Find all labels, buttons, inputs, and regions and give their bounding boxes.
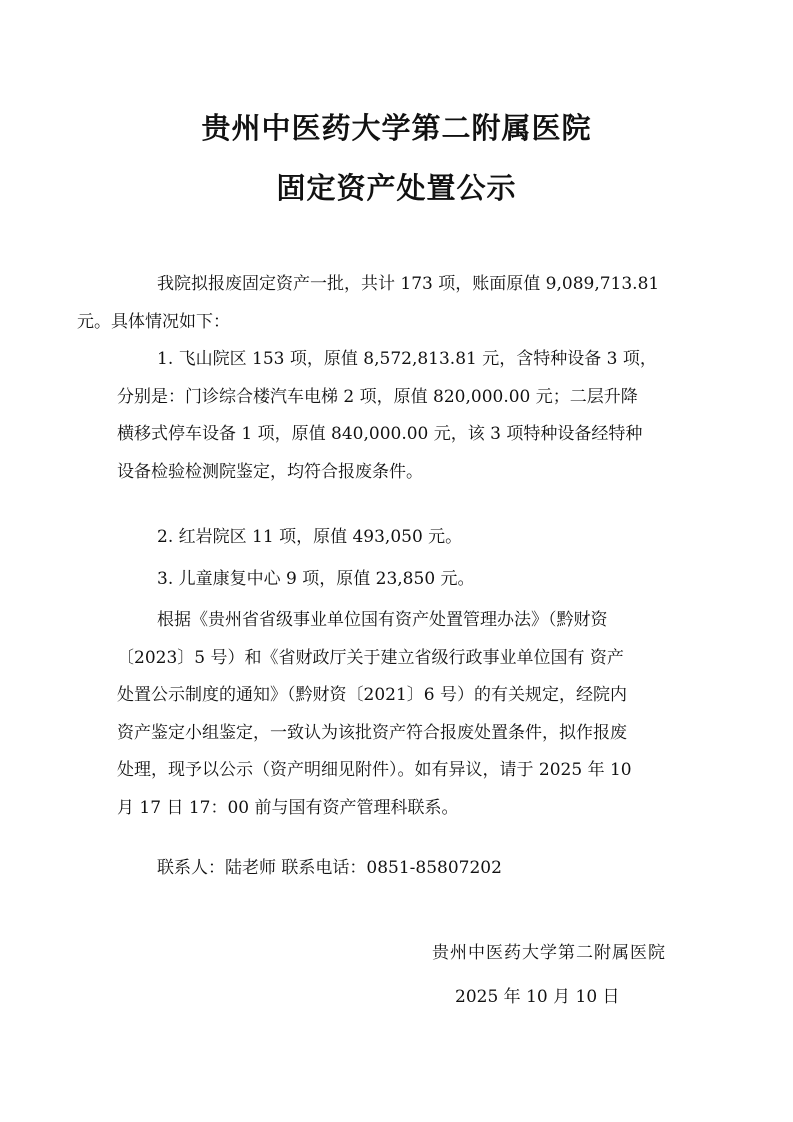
item-2-paragraph: 2. 红岩院区 11 项，原值 493,050 元。 xyxy=(117,519,677,557)
document-title: 贵州中医药大学第二附属医院 xyxy=(0,106,793,147)
signature-organization: 贵州中医药大学第二附属医院 xyxy=(432,938,666,963)
legal-basis-paragraph: 根据《贵州省省级事业单位国有资产处置管理办法》（黔财资 〔2023〕5 号）和《… xyxy=(117,602,677,828)
text-line: 处置公示制度的通知》（黔财资〔2021〕6 号）的有关规定，经院内 xyxy=(117,677,677,715)
text-line: 横移式停车设备 1 项，原值 840,000.00 元，该 3 项特种设备经特种 xyxy=(117,416,677,454)
item-3-paragraph: 3. 儿童康复中心 9 项，原值 23,850 元。 xyxy=(117,561,677,599)
contact-line: 联系人：陆老师 联系电话：0851-85807202 xyxy=(117,850,677,888)
intro-paragraph: 我院拟报废固定资产一批，共计 173 项，账面原值 9,089,713.81 元… xyxy=(117,266,677,341)
text-line: 〔2023〕5 号）和《省财政厅关于建立省级行政事业单位国有 资产 xyxy=(117,640,677,678)
contact-paragraph: 联系人：陆老师 联系电话：0851-85807202 xyxy=(117,850,677,888)
text-line: 处理，现予以公示（资产明细见附件）。如有异议，请于 2025 年 10 xyxy=(117,752,677,790)
text-line: 根据《贵州省省级事业单位国有资产处置管理办法》（黔财资 xyxy=(117,602,677,640)
text-line: 1. 飞山院区 153 项，原值 8,572,813.81 元，含特种设备 3 … xyxy=(117,341,677,379)
text-line: 我院拟报废固定资产一批，共计 173 项，账面原值 9,089,713.81 xyxy=(117,266,677,304)
document-body: 我院拟报废固定资产一批，共计 173 项，账面原值 9,089,713.81 元… xyxy=(117,266,677,341)
text-line: 设备检验检测院鉴定，均符合报废条件。 xyxy=(117,454,677,492)
text-line: 月 17 日 17：00 前与国有资产管理科联系。 xyxy=(117,790,677,828)
text-line: 资产鉴定小组鉴定，一致认为该批资产符合报废处置条件，拟作报废 xyxy=(117,715,677,753)
signature-date: 2025 年 10 月 10 日 xyxy=(455,982,620,1007)
document-subtitle: 固定资产处置公示 xyxy=(0,166,793,207)
text-line: 分别是：门诊综合楼汽车电梯 2 项，原值 820,000.00 元；二层升降 xyxy=(117,379,677,417)
item-1-paragraph: 1. 飞山院区 153 项，原值 8,572,813.81 元，含特种设备 3 … xyxy=(117,341,677,491)
text-line: 2. 红岩院区 11 项，原值 493,050 元。 xyxy=(117,519,677,557)
text-line: 元。具体情况如下： xyxy=(117,304,677,342)
text-line: 3. 儿童康复中心 9 项，原值 23,850 元。 xyxy=(117,561,677,599)
